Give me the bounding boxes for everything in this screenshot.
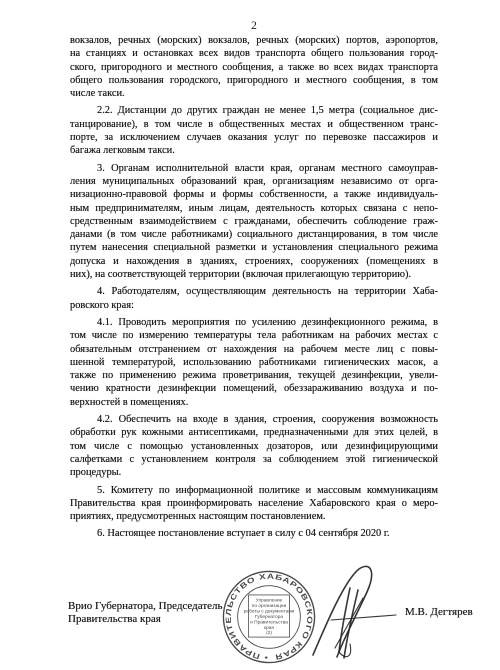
signatory-title: Врио Губернатора, Председатель Правитель…	[68, 600, 223, 626]
text-line: обработки рук кожными антисептиками, пре…	[70, 426, 438, 439]
text-line: Правительства края проинформировать насе…	[70, 497, 438, 510]
paragraph: 5. Комитету по информационной политике и…	[70, 484, 438, 524]
text-line: данами (в том числе работниками) социаль…	[70, 228, 438, 241]
text-line: ского, пригородного и местного сообщения…	[70, 61, 438, 74]
text-line: ровского края:	[70, 299, 438, 312]
signer-name: М.В. Дегтярев	[405, 606, 473, 618]
text-line: 5. Комитету по информационной политике и…	[70, 484, 438, 497]
handwritten-signature	[293, 560, 403, 665]
text-line: приятиях, предусмотренных настоящим пост…	[70, 510, 438, 523]
text-line: 6. Настоящее постановление вступает в си…	[70, 527, 438, 540]
text-line: порте, за исключением случаев оказания у…	[70, 131, 438, 144]
paragraph: 4. Работодателям, осуществляющим деятель…	[70, 285, 438, 312]
stamp-center-line: по организации	[252, 604, 287, 609]
page-number: 2	[70, 20, 438, 32]
paragraph: 4.1. Проводить мероприятия по усилению д…	[70, 316, 438, 409]
text-line: 4. Работодателям, осуществляющим деятель…	[70, 285, 438, 298]
text-line: 4.1. Проводить мероприятия по усилению д…	[70, 316, 438, 329]
stamp-center-line: Управление	[256, 597, 283, 603]
text-line: низационно-правовой формы и формы собств…	[70, 188, 438, 201]
document-page: 2 вокзалов, речных (морских) вокзалов, р…	[0, 0, 500, 670]
text-line: также по применению режима проветривания…	[70, 369, 438, 382]
text-line: на станциях и остановках всех видов тран…	[70, 47, 438, 60]
text-line: 3. Органам исполнительной власти края, о…	[70, 162, 438, 175]
text-line: вокзалов, речных (морских) вокзалов, реч…	[70, 34, 438, 47]
text-line: 4.2. Обеспечить на входе в здания, строе…	[70, 413, 438, 426]
text-line: том числе по измерению температуры тела …	[70, 329, 438, 342]
text-line: процедуры.	[70, 466, 438, 479]
text-line: допуска и нахождения в зданиях, строения…	[70, 255, 438, 268]
text-line: танцирование), в том числе в общественны…	[70, 118, 438, 131]
paragraph: 4.2. Обеспечить на входе в здания, строе…	[70, 413, 438, 479]
text-line: числе такси.	[70, 87, 438, 100]
text-line: них), на соответствующей территории (вкл…	[70, 268, 438, 281]
text-line: средственным взаимодействием с гражданам…	[70, 215, 438, 228]
text-line: путем нанесения специальной разметки и у…	[70, 241, 438, 254]
text-line: шенной температурой, использованию работ…	[70, 356, 438, 369]
text-line: верхностей в помещениях.	[70, 396, 438, 409]
stamp-center-line: и Правительства	[250, 619, 288, 625]
paragraph: 2.2. Дистанции до других граждан не мене…	[70, 104, 438, 157]
text-line: общего пользования городского, пригородн…	[70, 74, 438, 87]
document-body: вокзалов, речных (морских) вокзалов, реч…	[70, 34, 438, 545]
text-line: 2.2. Дистанции до других граждан не мене…	[70, 104, 438, 117]
stamp-center-line: края	[264, 626, 274, 631]
stamp-center-line: работы с документами	[244, 608, 295, 614]
text-line: салфетками с установлением контроля за с…	[70, 453, 438, 466]
stamp-center-line: (2)	[266, 630, 272, 636]
signatory-title-line2: Правительства края	[68, 613, 223, 626]
stamp-center-line: Губернатора	[255, 614, 283, 620]
paragraph: вокзалов, речных (морских) вокзалов, реч…	[70, 34, 438, 100]
text-line: ления муниципальных образований края, ор…	[70, 175, 438, 188]
paragraph: 3. Органам исполнительной власти края, о…	[70, 162, 438, 282]
text-line: ным предпринимателям, иным лицам, деятел…	[70, 202, 438, 215]
text-line: чению кратности дезинфекции помещений, о…	[70, 382, 438, 395]
paragraph: 6. Настоящее постановление вступает в си…	[70, 527, 438, 540]
text-line: багажа легковым такси.	[70, 144, 438, 157]
text-line: обязательным отстранением от нахождения …	[70, 343, 438, 356]
signatory-title-line1: Врио Губернатора, Председатель	[68, 600, 223, 613]
text-line: том числе с помощью установленных дозато…	[70, 440, 438, 453]
